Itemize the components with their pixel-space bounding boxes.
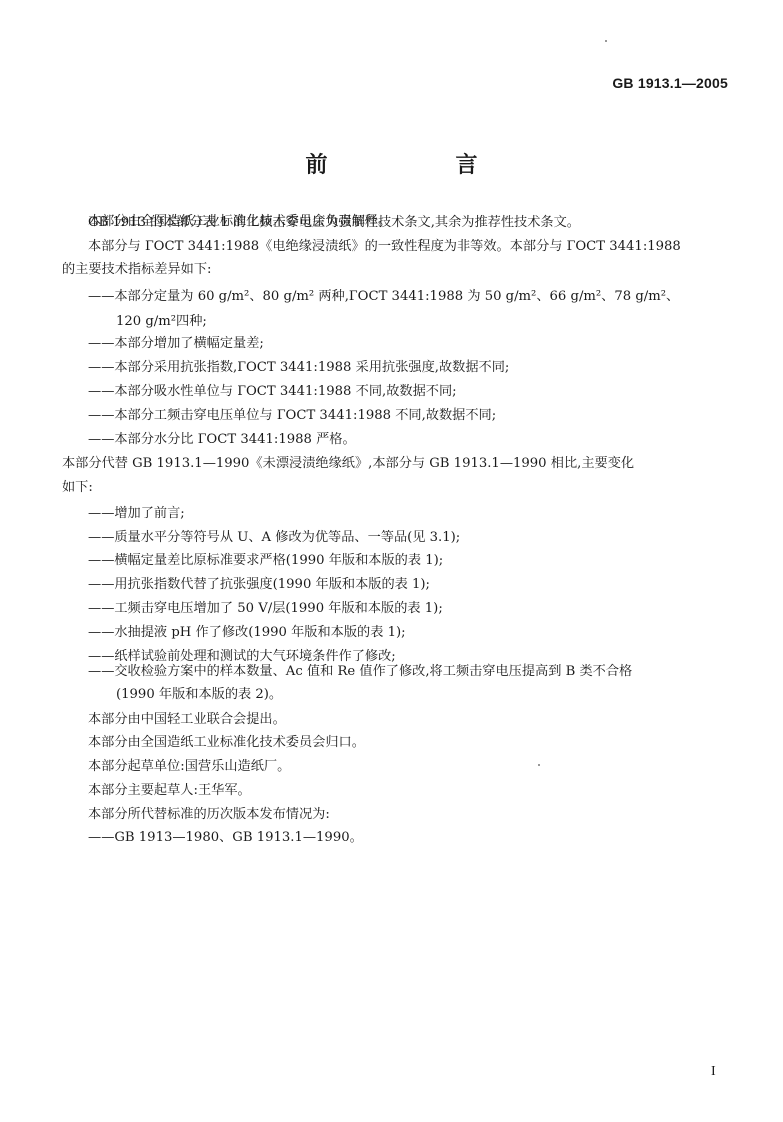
list-item: ——本部分定量为 60 g/m²、80 g/m² 两种,ГОСТ 3441:19… bbox=[88, 287, 679, 307]
list-item: ——质量水平分等符号从 U、A 修改为优等品、一等品(见 3.1); bbox=[88, 528, 460, 548]
page-number: I bbox=[711, 1064, 716, 1080]
list-item: ——本部分采用抗张指数,ГОСТ 3441:1988 采用抗张强度,故数据不同; bbox=[88, 358, 509, 378]
page-title: 前言 bbox=[0, 148, 783, 179]
scan-speck bbox=[605, 40, 607, 42]
paragraph-line: 的主要技术指标差异如下: bbox=[62, 260, 212, 280]
paragraph-line: 本部分由全国造纸工业标准化技术委员会负责解释。 bbox=[88, 212, 391, 232]
paragraph-line: 本部分起草单位:国营乐山造纸厂。 bbox=[88, 757, 290, 777]
paragraph-line: (1990 年版和本版的表 2)。 bbox=[116, 685, 282, 705]
paragraph-line: 本部分所代替标准的历次版本发布情况为: bbox=[88, 805, 330, 825]
list-item: ——本部分水分比 ГОСТ 3441:1988 严格。 bbox=[88, 430, 356, 450]
paragraph-line: 本部分由中国轻工业联合会提出。 bbox=[88, 710, 286, 730]
paragraph-line: 本部分主要起草人:王华军。 bbox=[88, 781, 251, 801]
scan-speck bbox=[538, 764, 540, 766]
title-char-2: 言 bbox=[456, 148, 478, 179]
paragraph-line: 本部分代替 GB 1913.1—1990《未漂浸渍绝缘纸》,本部分与 GB 19… bbox=[62, 454, 634, 474]
title-char-1: 前 bbox=[305, 148, 327, 179]
list-item: ——水抽提液 pH 作了修改(1990 年版和本版的表 1); bbox=[88, 623, 406, 643]
list-item: ——GB 1913—1980、GB 1913.1—1990。 bbox=[88, 828, 363, 848]
list-item: ——工频击穿电压增加了 50 V/层(1990 年版和本版的表 1); bbox=[88, 599, 443, 619]
list-item: ——横幅定量差比原标准要求严格(1990 年版和本版的表 1); bbox=[88, 551, 443, 571]
paragraph-line: 如下: bbox=[62, 478, 93, 498]
paragraph-line: 120 g/m²四种; bbox=[116, 312, 207, 332]
list-item: ——本部分工频击穿电压单位与 ГОСТ 3441:1988 不同,故数据不同; bbox=[88, 406, 496, 426]
list-item: ——增加了前言; bbox=[88, 504, 185, 524]
list-item: ——本部分吸水性单位与 ГОСТ 3441:1988 不同,故数据不同; bbox=[88, 382, 457, 402]
paragraph-line: 本部分与 ГОСТ 3441:1988《电绝缘浸渍纸》的一致性程度为非等效。本部… bbox=[88, 237, 681, 257]
paragraph-line: 本部分由全国造纸工业标准化技术委员会归口。 bbox=[88, 733, 365, 753]
list-item: ——本部分增加了横幅定量差; bbox=[88, 334, 264, 354]
list-item: ——交收检验方案中的样本数量、Ac 值和 Re 值作了修改,将工频击穿电压提高到… bbox=[88, 662, 632, 682]
list-item: ——用抗张指数代替了抗张强度(1990 年版和本版的表 1); bbox=[88, 575, 430, 595]
standard-code: GB 1913.1—2005 bbox=[612, 75, 728, 91]
